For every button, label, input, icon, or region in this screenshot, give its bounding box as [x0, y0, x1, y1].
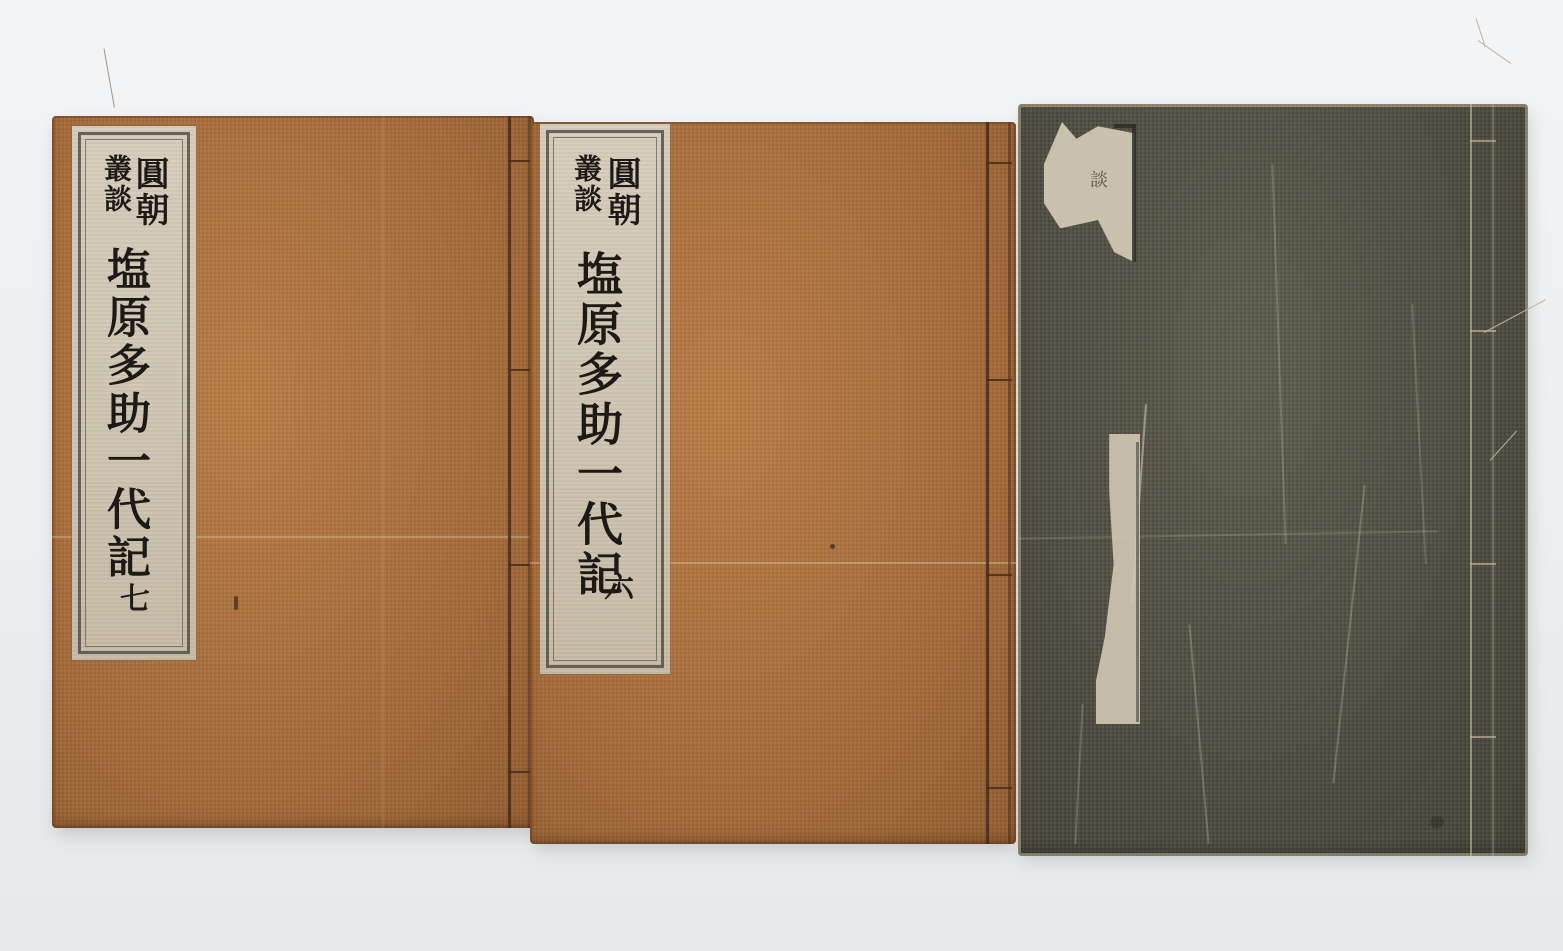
binding-stitch — [1470, 736, 1496, 738]
torn-label-fragment: 談 — [1044, 122, 1134, 262]
label-strip-remnant — [1096, 434, 1140, 724]
series-title-line-2: 叢談 — [96, 154, 136, 214]
title-label: 圓朝 叢談 塩原多助一代記 七 — [72, 126, 196, 660]
stain — [1430, 816, 1444, 828]
cover-crack — [1188, 624, 1209, 843]
main-title: 塩原多助一代記 — [92, 246, 156, 582]
book-center: 圓朝 叢談 塩原多助一代記 六 — [530, 122, 1016, 844]
binding-stitch — [986, 787, 1012, 789]
title-label: 圓朝 叢談 塩原多助一代記 六 — [540, 124, 670, 674]
binding-stitch — [986, 574, 1012, 576]
loose-thread — [104, 48, 115, 107]
binding-stitch — [986, 379, 1012, 381]
cover-crack — [1074, 704, 1083, 844]
series-title-line-2: 叢談 — [566, 154, 606, 214]
binding-stitch — [508, 564, 532, 566]
book-right: 談 — [1018, 104, 1528, 856]
loose-thread — [1478, 40, 1511, 64]
cover-crack — [1332, 485, 1365, 784]
binding-stitch — [1470, 563, 1496, 565]
cover-crease — [382, 116, 384, 828]
stain — [830, 544, 835, 549]
binding-stitch — [986, 162, 1012, 164]
book-left: 圓朝 叢談 塩原多助一代記 七 — [52, 116, 534, 828]
label-frame-remnant — [1136, 442, 1139, 722]
photo-scene: 圓朝 叢談 塩原多助一代記 七 圓朝 叢談 塩原多助一代記 六 — [0, 0, 1563, 951]
cover-crack — [1271, 164, 1286, 544]
binding-thread-line — [986, 122, 989, 844]
label-frame-remnant — [1132, 124, 1136, 262]
main-title: 塩原多助一代記 — [564, 250, 630, 600]
binding-thread-line — [508, 116, 511, 828]
spine-edge — [1008, 122, 1011, 844]
label-remnant-text: 談 — [1084, 170, 1110, 188]
binding-stitch — [1470, 140, 1496, 142]
binding-stitch — [508, 771, 532, 773]
cover-crack — [1018, 530, 1438, 539]
binding-thread-line — [1470, 104, 1472, 856]
volume-number: 六 — [604, 562, 634, 606]
cover-crack — [1411, 304, 1427, 564]
binding-stitch — [508, 369, 532, 371]
volume-number: 七 — [120, 574, 150, 618]
stain — [234, 596, 238, 610]
spine-edge — [1492, 104, 1494, 856]
binding-stitch — [508, 160, 532, 162]
